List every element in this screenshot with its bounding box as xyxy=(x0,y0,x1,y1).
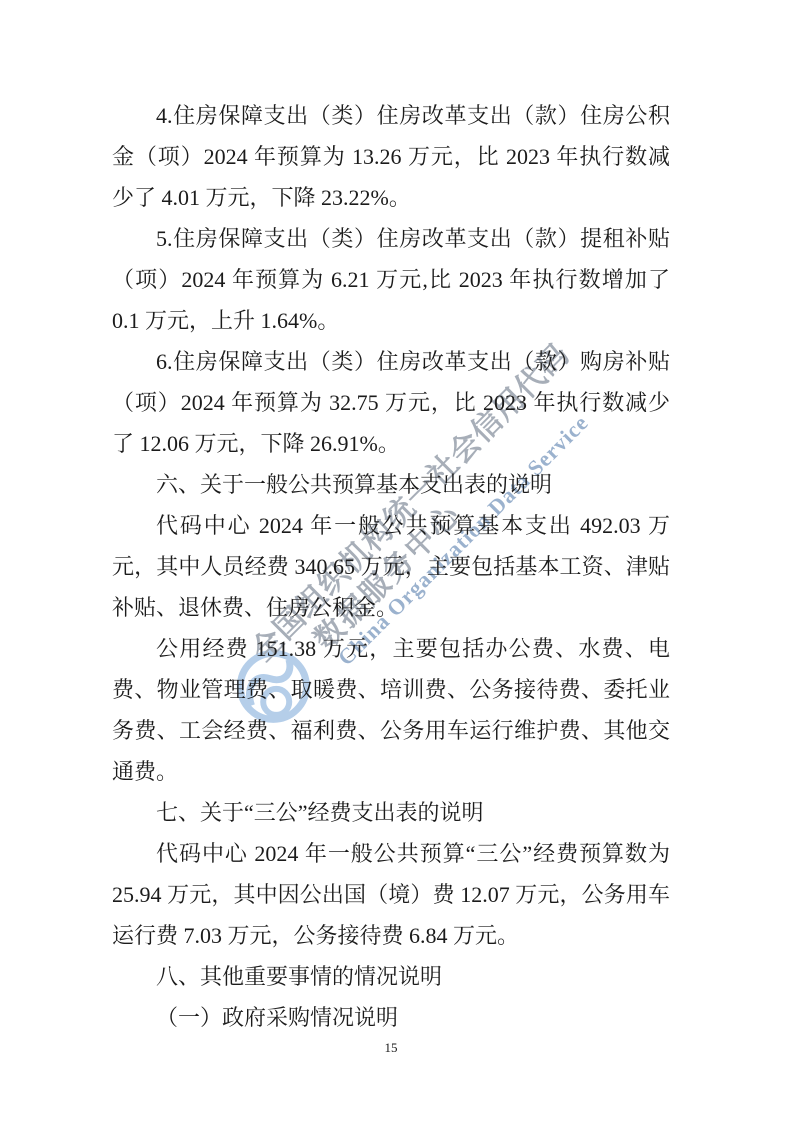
paragraph-three-public-expenses: 代码中心 2024 年一般公共预算“三公”经费预算数为 25.94 万元，其中因… xyxy=(112,833,670,956)
paragraph-public-funds: 公用经费 151.38 万元，主要包括办公费、水费、电费、物业管理费、取暖费、培… xyxy=(112,628,670,792)
document-page: 全国组织机构统一社会信用代码 数据服务中心 China Organization… xyxy=(0,0,794,1123)
paragraph-section-six-heading: 六、关于一般公共预算基本支出表的说明 xyxy=(112,464,670,505)
paragraph-purchase-subsidy: 6.住房保障支出（类）住房改革支出（款）购房补贴（项）2024 年预算为 32.… xyxy=(112,341,670,464)
paragraph-gov-procurement-heading: （一）政府采购情况说明 xyxy=(112,997,670,1038)
paragraph-housing-fund: 4.住房保障支出（类）住房改革支出（款）住房公积金（项）2024 年预算为 13… xyxy=(112,95,670,218)
page-number: 15 xyxy=(112,1040,670,1056)
paragraph-section-eight-heading: 八、其他重要事情的情况说明 xyxy=(112,956,670,997)
paragraph-rent-subsidy: 5.住房保障支出（类）住房改革支出（款）提租补贴（项）2024 年预算为 6.2… xyxy=(112,218,670,341)
paragraph-section-seven-heading: 七、关于“三公”经费支出表的说明 xyxy=(112,792,670,833)
paragraph-basic-expenditure: 代码中心 2024 年一般公共预算基本支出 492.03 万元，其中人员经费 3… xyxy=(112,505,670,628)
document-body: 4.住房保障支出（类）住房改革支出（款）住房公积金（项）2024 年预算为 13… xyxy=(112,95,670,1038)
